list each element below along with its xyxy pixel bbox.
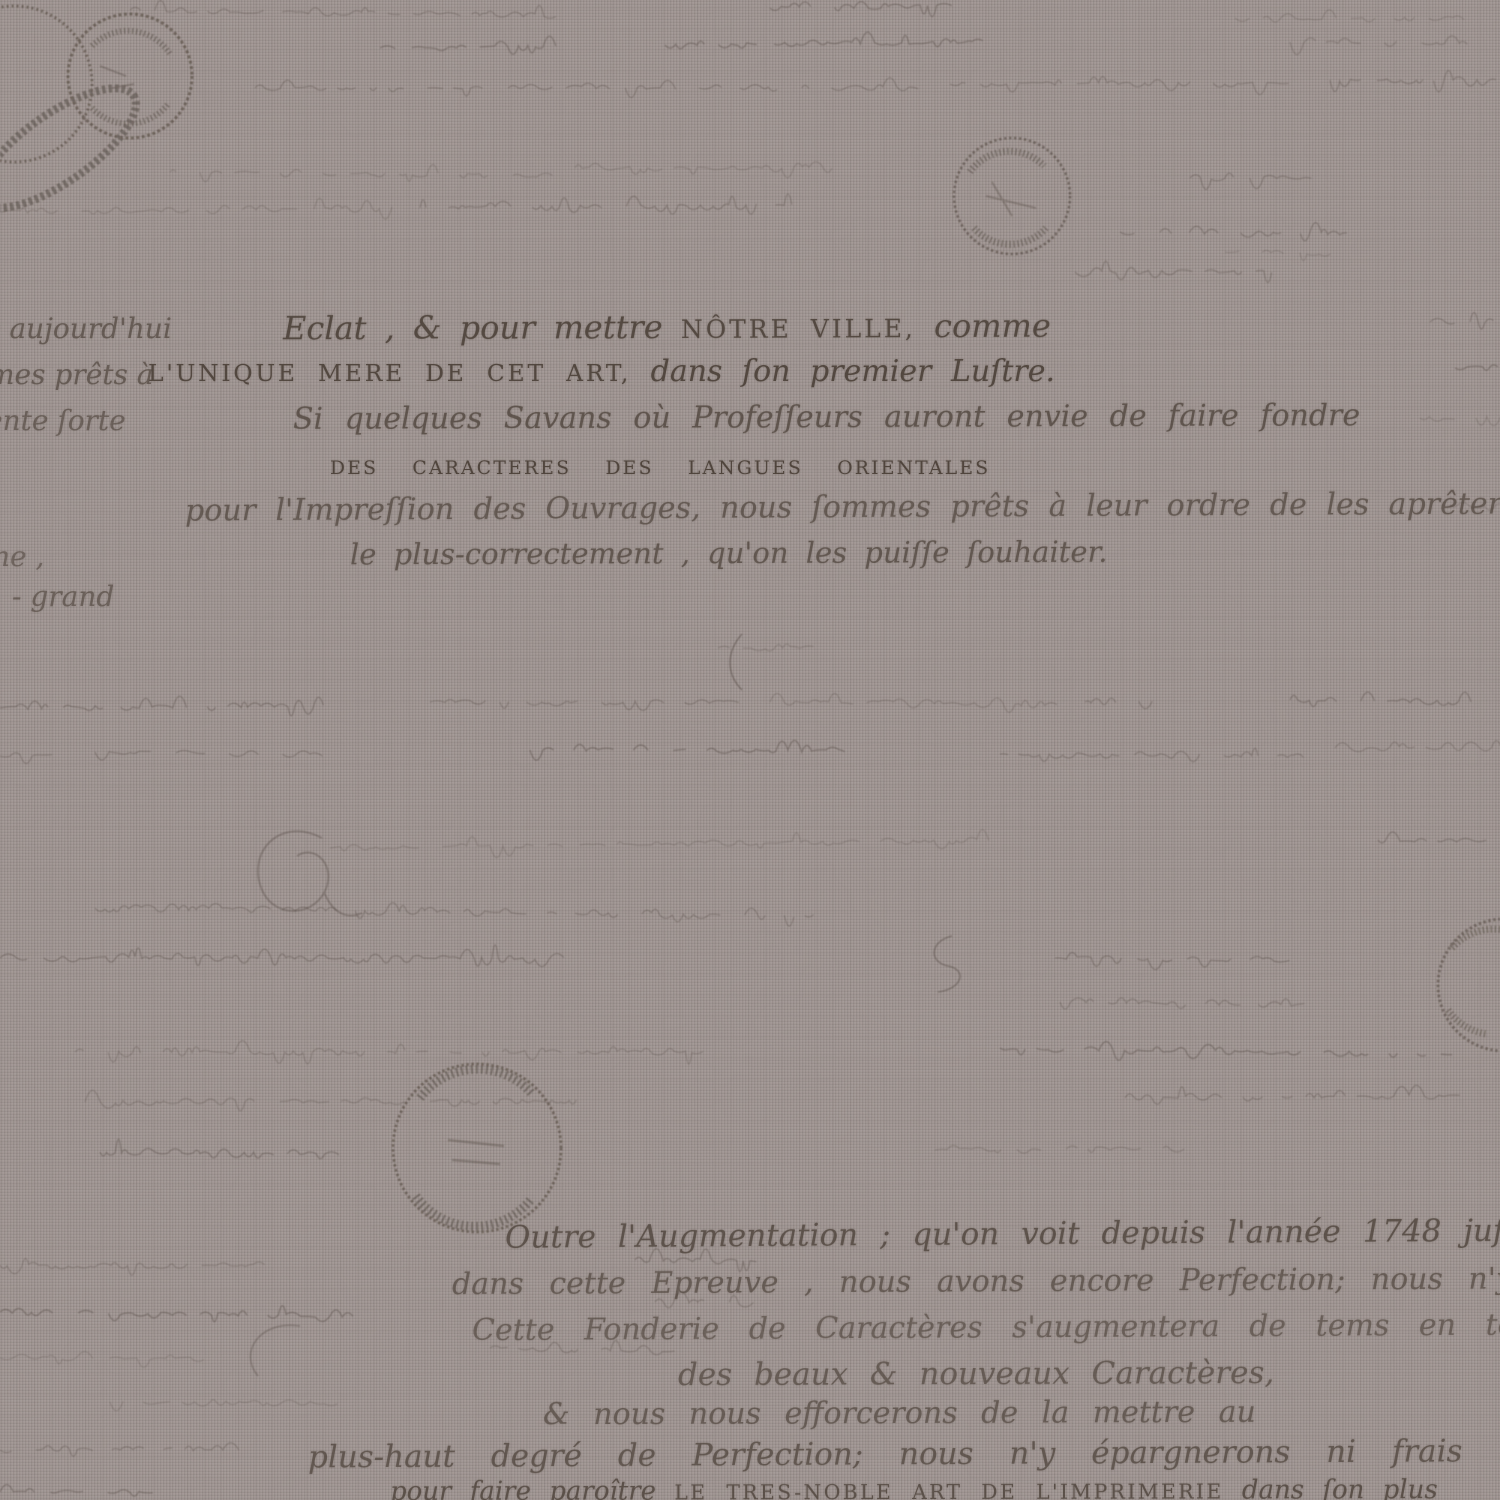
handwriting-stroke	[1290, 35, 1467, 56]
handwriting-stroke	[1125, 1085, 1478, 1105]
specimen-text-segment: - grand	[12, 580, 114, 613]
specimen-text-segment: pour l'Impreſſion des Ouvrages, nous ſom…	[185, 487, 1500, 529]
handwriting-stroke	[0, 1485, 153, 1497]
handwriting-stroke	[1378, 832, 1500, 845]
specimen-line: e aujourd'hui	[0, 312, 172, 345]
specimen-text-segment: pour faire paroître	[390, 1476, 674, 1500]
handwriting-stroke	[0, 695, 323, 718]
handwriting-stroke	[1450, 502, 1500, 510]
specimen-text-segment: L'UNIQUE MERE DE CET ART,	[148, 359, 631, 387]
handwriting-stroke	[1430, 313, 1493, 329]
specimen-text-segment: LE TRES-NOBLE ART DE L'IMPRIMERIE	[674, 1479, 1223, 1500]
specimen-line: pour l'Impreſſion des Ouvrages, nous ſom…	[185, 487, 1500, 529]
handwriting-stroke	[330, 830, 989, 860]
postmark-stamp-icon	[0, 6, 192, 229]
handwriting-stroke	[0, 753, 52, 764]
specimen-line: des beaux & nouveaux Caractères,	[678, 1355, 1274, 1393]
specimen-line: Outre l'Augmentation ; qu'on voit depuis…	[505, 1212, 1500, 1255]
handwriting-stroke	[255, 78, 918, 98]
handwriting-stroke	[380, 36, 568, 56]
handwriting-stroke	[75, 1041, 719, 1065]
specimen-line: & nous nous efforcerons de la mettre au	[543, 1395, 1256, 1432]
handwriting-stroke	[635, 1249, 774, 1272]
handwriting-stroke	[718, 644, 814, 651]
handwriting-stroke	[95, 749, 338, 763]
specimen-text-segment: ente ſorte	[0, 404, 126, 437]
specimen-line: pour faire paroître LE TRES-NOBLE ART DE…	[390, 1475, 1438, 1500]
handwriting-stroke	[0, 1302, 353, 1323]
handwriting-stroke	[170, 162, 553, 185]
handwriting-stroke	[110, 1399, 358, 1411]
specimen-line: mes prêts à	[0, 358, 153, 391]
postmark-stamp-icon	[1438, 919, 1500, 1051]
calligraphic-flourish	[258, 831, 362, 915]
specimen-line: le plus-correctement , qu'on les puiſſe …	[350, 535, 1108, 572]
specimen-text-segment: dans cette Epreuve , nous avons encore P…	[452, 1261, 1500, 1302]
handwriting-stroke	[1235, 10, 1476, 23]
specimen-text-segment: Cette Fonderie de Caractères s'augmenter…	[472, 1307, 1500, 1348]
handwriting-stroke	[1085, 698, 1152, 710]
specimen-text-segment: plus-haut degré de Perfection; nous n'y …	[308, 1433, 1500, 1476]
handwriting-stroke	[1075, 260, 1293, 283]
specimen-text-segment: ne ,	[0, 540, 44, 573]
specimen-line: L'UNIQUE MERE DE CET ART, dans ſon premi…	[148, 354, 1055, 389]
specimen-line: Si quelques Savans où Profeſſeurs auront…	[293, 398, 1360, 437]
postmark-layer	[0, 0, 1500, 1500]
specimen-line: Cette Fonderie de Caractères s'augmenter…	[472, 1307, 1500, 1348]
specimen-text-layer: e aujourd'huimes prêts àente ſortene ,- …	[0, 0, 1500, 1500]
fabric-pattern-canvas: e aujourd'huimes prêts àente ſortene ,- …	[0, 0, 1500, 1500]
specimen-line: plus-haut degré de Perfection; nous n'y …	[308, 1433, 1500, 1476]
specimen-text-segment: DES CARACTERES DES LANGUES ORIENTALES	[330, 458, 990, 479]
specimen-line: ente ſorte	[0, 404, 126, 437]
handwriting-script-layer	[0, 0, 1500, 1500]
specimen-text-segment: comme	[916, 307, 1051, 345]
linen-texture-overlay	[0, 0, 1500, 1500]
specimen-line: ne ,	[0, 540, 44, 573]
handwriting-stroke	[100, 1139, 354, 1159]
handwriting-stroke	[0, 945, 564, 967]
handwriting-stroke	[1055, 952, 1300, 970]
handwriting-stroke	[575, 162, 848, 178]
specimen-text-segment: Outre l'Augmentation ; qu'on voit depuis…	[505, 1212, 1500, 1255]
handwriting-stroke	[655, 1292, 753, 1308]
handwriting-stroke	[130, 0, 556, 19]
specimen-text-segment: & nous nous efforcerons de la mettre au	[543, 1395, 1256, 1432]
specimen-text-segment: dans ſon premier Luſtre.	[631, 354, 1055, 389]
handwriting-stroke	[0, 1351, 227, 1367]
handwriting-stroke	[1120, 221, 1371, 241]
handwriting-stroke	[490, 1339, 697, 1355]
specimen-line: Eclat , & pour mettre NÔTRE VILLE, comme	[283, 307, 1051, 348]
specimen-line: - grand	[12, 580, 114, 613]
handwriting-stroke	[1000, 1040, 1452, 1065]
handwriting-stroke	[420, 194, 817, 217]
handwriting-stroke	[665, 31, 1002, 49]
specimen-line: dans cette Epreuve , nous avons encore P…	[452, 1261, 1500, 1302]
handwriting-stroke	[935, 1144, 1184, 1154]
specimen-text-segment: des beaux & nouveaux Caractères,	[678, 1355, 1274, 1393]
specimen-text-segment: le plus-correctement , qu'on les puiſſe …	[350, 535, 1108, 572]
handwriting-stroke	[1420, 416, 1500, 425]
handwriting-stroke	[770, 693, 1070, 713]
specimen-text-segment: e aujourd'hui	[0, 312, 172, 345]
handwriting-stroke	[0, 1443, 239, 1457]
handwriting-stroke	[1000, 747, 1304, 764]
handwriting-stroke	[1330, 70, 1496, 92]
postmark-stamp-icon	[393, 1064, 561, 1232]
handwriting-stroke	[0, 197, 407, 222]
handwriting-stroke	[1335, 741, 1500, 752]
handwriting-stroke	[0, 1258, 265, 1275]
handwriting-stroke	[85, 1089, 576, 1111]
handwriting-stroke	[95, 899, 834, 926]
handwriting-stroke	[1060, 996, 1304, 1012]
handwriting-stroke	[530, 740, 865, 761]
handwriting-stroke	[1290, 690, 1471, 708]
specimen-text-segment: dans ſon plus	[1224, 1475, 1438, 1500]
specimen-text-segment: mes prêts à	[0, 358, 153, 391]
handwriting-stroke	[770, 0, 967, 18]
handwriting-stroke	[950, 76, 1289, 96]
postmark-stamp-icon	[954, 138, 1070, 254]
calligraphic-flourish	[934, 936, 960, 992]
specimen-text-segment: Eclat , & pour mettre	[283, 308, 681, 347]
handwriting-stroke	[1455, 365, 1498, 370]
specimen-text-segment: NÔTRE VILLE,	[681, 314, 916, 344]
specimen-text-segment: Si quelques Savans où Profeſſeurs auront…	[293, 398, 1360, 437]
handwriting-stroke	[1190, 173, 1311, 190]
calligraphic-flourish	[730, 634, 742, 690]
handwriting-stroke	[430, 699, 739, 710]
calligraphic-flourish	[250, 1325, 300, 1376]
handwriting-stroke	[1225, 250, 1330, 261]
specimen-line: DES CARACTERES DES LANGUES ORIENTALES	[330, 452, 990, 480]
